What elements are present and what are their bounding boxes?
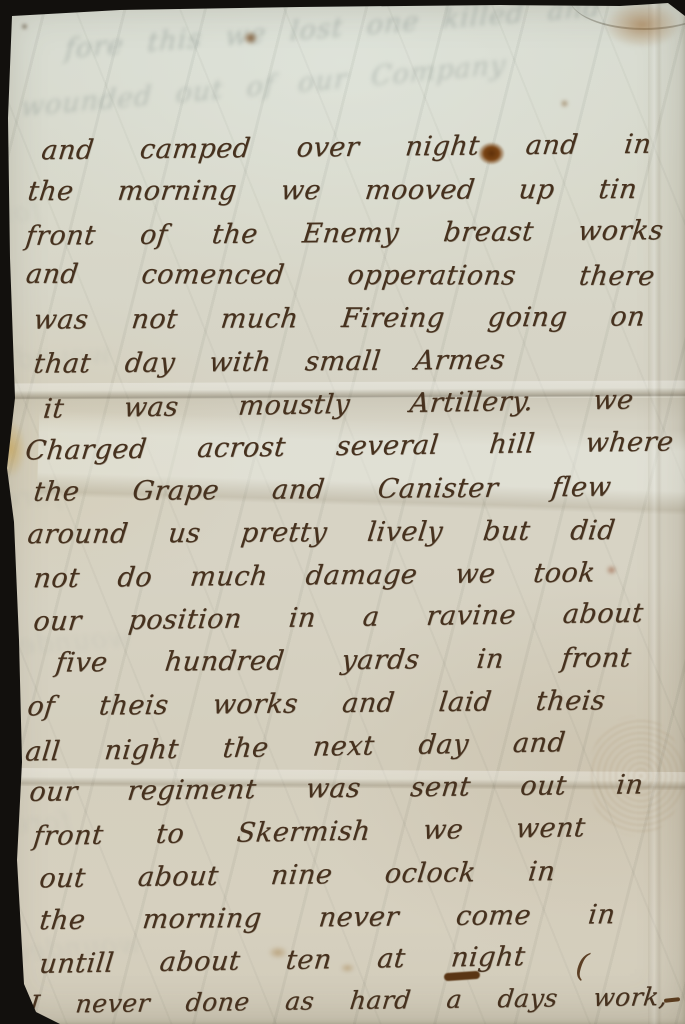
letter-body: and camped over night and in the morning…	[26, 132, 673, 1016]
show-through-line: wounded out of our Company	[20, 50, 507, 124]
handwritten-line: of theis works and laid theis	[24, 684, 675, 722]
handwritten-line: our position in a ravine about	[24, 598, 675, 638]
handwritten-line: our regiment was sent out in	[24, 769, 675, 808]
show-through-line: fore this we lost one killed and	[64, 0, 663, 65]
handwritten-line: and camped over night and in	[24, 129, 675, 167]
handwritten-line: not do much damage we took	[24, 556, 675, 594]
handwritten-line: and comenced opperations there	[24, 259, 675, 292]
handwritten-line: around us pretty lively but did	[24, 514, 675, 550]
handwritten-line: I never done as hard a days work,	[24, 983, 675, 1020]
handwritten-line: it was moustly Artillery. we	[24, 383, 675, 424]
paper-stain	[0, 420, 26, 478]
letter-photograph: fore this we lost one killed and wounded…	[0, 0, 685, 1024]
handwritten-line: out about nine oclock in	[24, 854, 675, 894]
handwritten-line: all night the next day and	[24, 725, 676, 767]
paper-stain	[21, 23, 28, 30]
handwritten-line: the morning we mooved up tin	[24, 174, 675, 207]
letter-paper: fore this we lost one killed and wounded…	[0, 0, 685, 1024]
top-right-paper-edge	[569, 0, 685, 30]
handwritten-line: that day with small Armes	[24, 343, 675, 380]
handwritten-line: was not much Fireing going on	[24, 301, 675, 335]
paper-stain	[560, 99, 569, 108]
paper-stain	[243, 31, 258, 45]
paper-stain	[604, 2, 680, 48]
handwritten-line: Charged acrost several hill where	[24, 427, 675, 467]
handwritten-line: the Grape and Canister flew	[24, 471, 675, 508]
handwritten-line: five hundred yards in front	[24, 642, 675, 679]
handwritten-line: the morning never come in	[24, 898, 675, 936]
ink-dash-mark	[664, 997, 680, 1003]
handwritten-line: front to Skermish we went	[24, 811, 675, 852]
handwritten-line: front of the Enemy breast works	[24, 215, 675, 252]
